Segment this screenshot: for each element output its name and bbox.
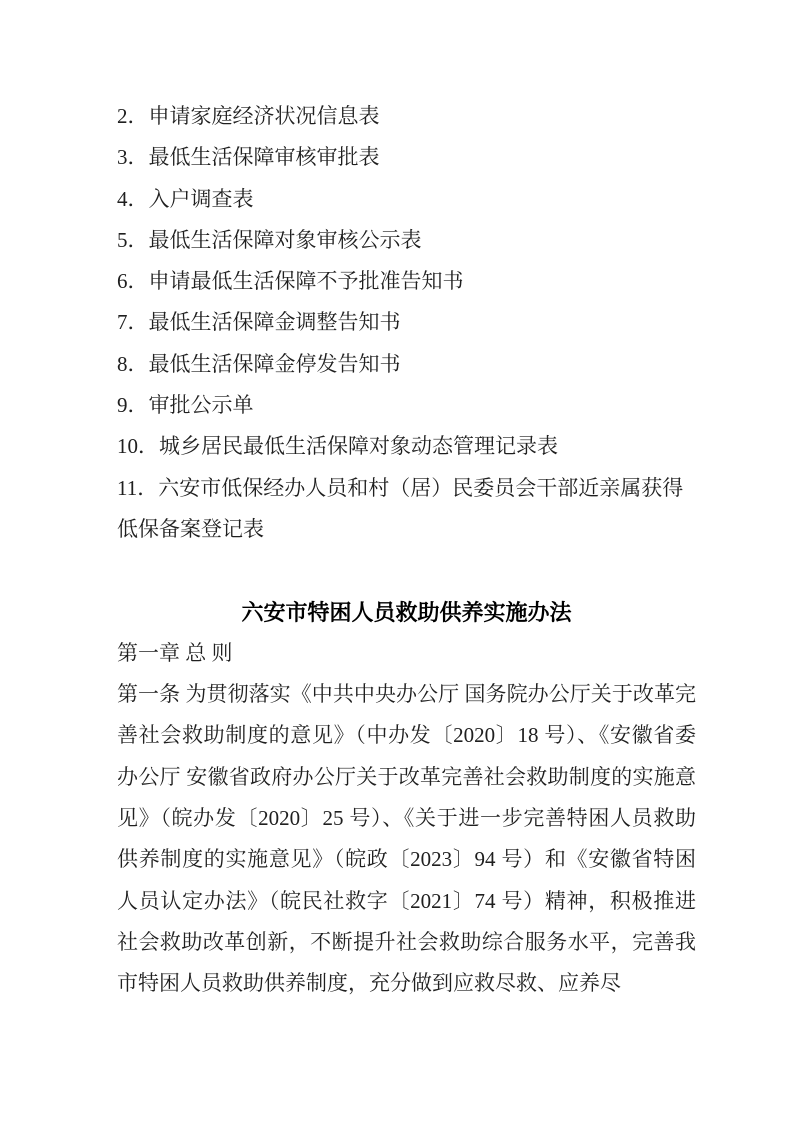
attachment-list-item: 3．最低生活保障审核审批表 [117,137,696,178]
attachment-list-item: 10．城乡居民最低生活保障对象动态管理记录表 [117,426,696,467]
attachment-list-item: 11．六安市低保经办人员和村（居）民委员会干部近亲属获得低保备案登记表 [117,468,696,551]
attachment-list-item: 5．最低生活保障对象审核公示表 [117,220,696,261]
document-content: 2．申请家庭经济状况信息表 3．最低生活保障审核审批表 4．入户调查表 5．最低… [117,96,696,1005]
document-title: 六安市特困人员救助供养实施办法 [117,592,696,633]
article-1-paragraph: 第一条 为贯彻落实《中共中央办公厅 国务院办公厅关于改革完善社会救助制度的意见》… [117,674,696,1004]
blank-line [117,550,696,591]
chapter-heading: 第一章 总 则 [117,633,696,674]
attachment-list-item: 7．最低生活保障金调整告知书 [117,302,696,343]
attachment-list-item: 6．申请最低生活保障不予批准告知书 [117,261,696,302]
attachment-list-item: 8．最低生活保障金停发告知书 [117,344,696,385]
document-page: 2．申请家庭经济状况信息表 3．最低生活保障审核审批表 4．入户调查表 5．最低… [0,0,793,1122]
attachment-list-item: 4．入户调查表 [117,179,696,220]
attachment-list-item: 9．审批公示单 [117,385,696,426]
attachment-list-item: 2．申请家庭经济状况信息表 [117,96,696,137]
